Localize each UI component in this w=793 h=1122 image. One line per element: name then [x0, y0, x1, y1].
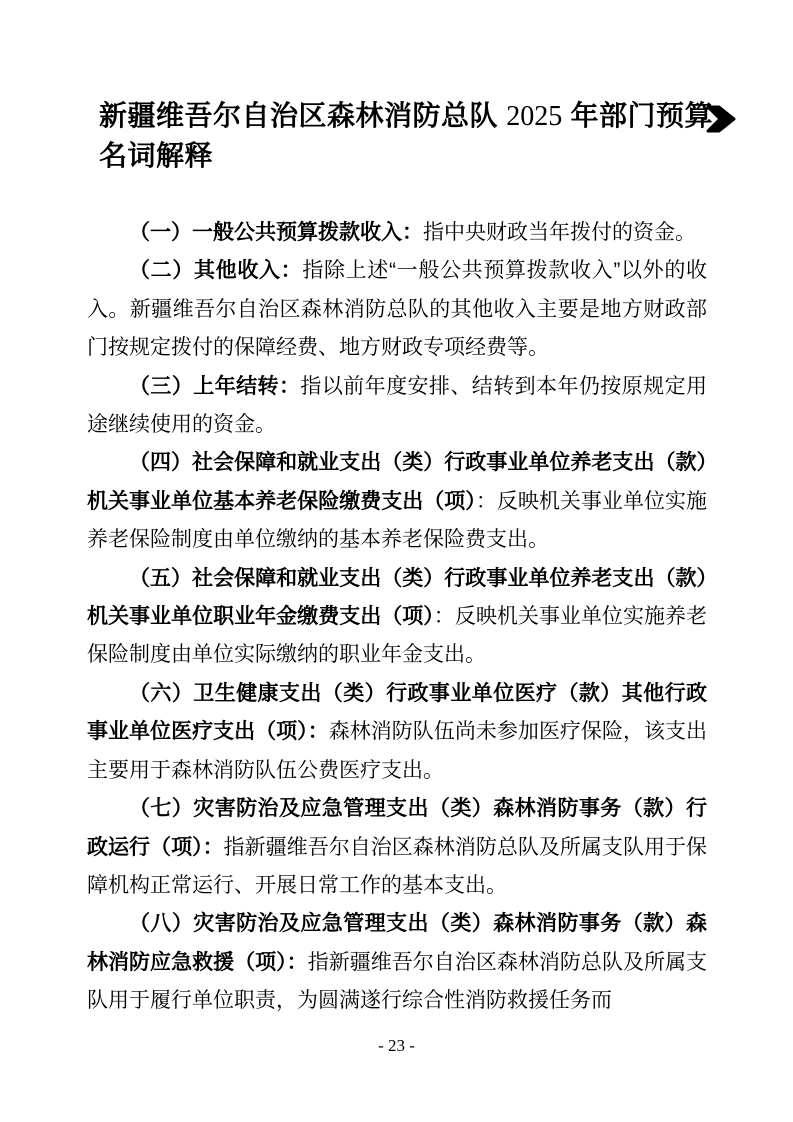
title-text-post: 年部门预算 [562, 100, 713, 131]
title-line-1: 新疆维吾尔自治区森林消防总队 2025 年部门预算 [99, 96, 723, 136]
page-title: 新疆维吾尔自治区森林消防总队 2025 年部门预算 名词解释 [99, 96, 723, 175]
definition-paragraph-2: （二）其他收入：指除上述“一般公共预算拨款收入”以外的收入。新疆维吾尔自治区森林… [87, 252, 707, 367]
title-line-2: 名词解释 [99, 136, 723, 175]
document-page: 新疆维吾尔自治区森林消防总队 2025 年部门预算 名词解释 （一）一般公共预算… [0, 0, 793, 1122]
definition-paragraph-5: （五）社会保障和就业支出（类）行政事业单位养老支出（款）机关事业单位职业年金缴费… [87, 560, 707, 675]
definition-paragraph-7: （七）灾害防治及应急管理支出（类）森林消防事务（款）行政运行（项）：指新疆维吾尔… [87, 790, 707, 905]
title-year: 2025 [506, 101, 562, 132]
term-label: （一）一般公共预算拨款收入： [129, 221, 423, 244]
document-body: （一）一般公共预算拨款收入：指中央财政当年拨付的资金。 （二）其他收入：指除上述… [87, 214, 707, 1021]
term-definition: 指中央财政当年拨付的资金。 [423, 221, 696, 244]
definition-paragraph-4: （四）社会保障和就业支出（类）行政事业单位养老支出（款）机关事业单位基本养老保险… [87, 444, 707, 559]
definition-paragraph-3: （三）上年结转：指以前年度安排、结转到本年仍按原规定用途继续使用的资金。 [87, 368, 707, 445]
page-number: - 23 - [0, 1036, 793, 1056]
term-label: （二）其他收入： [129, 259, 302, 282]
definition-paragraph-1: （一）一般公共预算拨款收入：指中央财政当年拨付的资金。 [87, 214, 707, 252]
heavy-chevron-right-icon [704, 105, 738, 133]
definition-paragraph-6: （六）卫生健康支出（类）行政事业单位医疗（款）其他行政事业单位医疗支出（项）：森… [87, 675, 707, 790]
definition-paragraph-8: （八）灾害防治及应急管理支出（类）森林消防事务（款）森林消防应急救援（项）：指新… [87, 905, 707, 1020]
title-text-pre: 新疆维吾尔自治区森林消防总队 [99, 100, 506, 131]
term-label: （三）上年结转： [129, 375, 300, 398]
